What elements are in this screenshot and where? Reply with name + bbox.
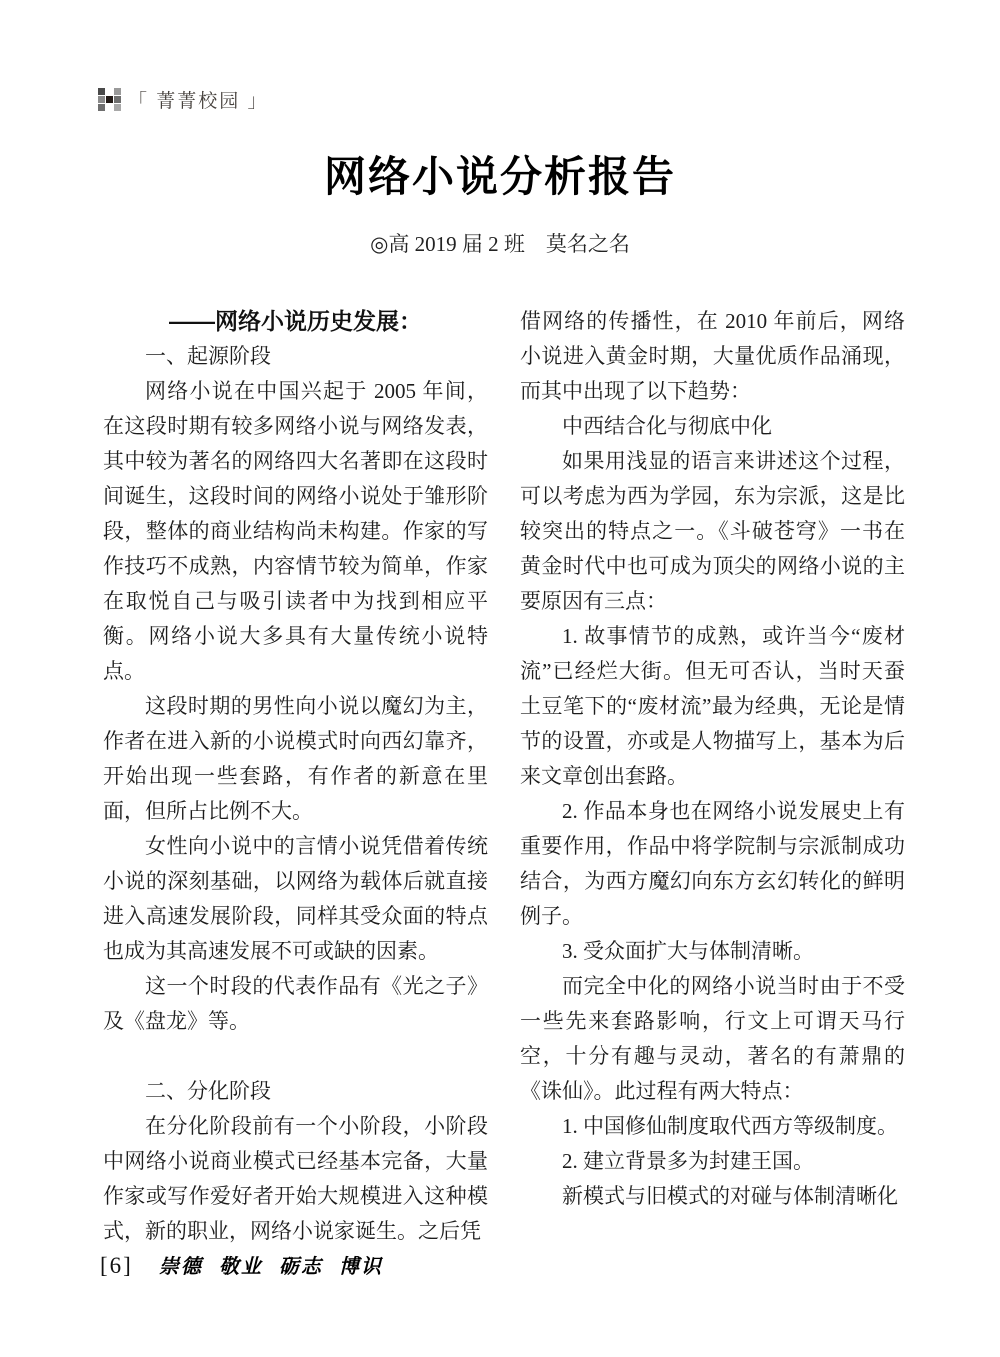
checker-logo-icon [98, 88, 121, 111]
paragraph: 女性向小说中的言情小说凭借着传统小说的深刻基础，以网络为载体后就直接进入高速发展… [103, 829, 488, 969]
subsection-2-title: 二、分化阶段 [103, 1074, 488, 1109]
school-motto: 崇德 敬业 砺志 博识 [159, 1250, 383, 1285]
list-item-2: 2. 作品本身也在网络小说发展史上有重要作用，作品中将学院制与宗派制成功结合，为… [520, 794, 905, 934]
column-left: ——网络小说历史发展： 一、起源阶段 网络小说在中国兴起于 2005 年间，在这… [103, 304, 488, 1249]
section-heading-history: ——网络小说历史发展： [103, 304, 488, 339]
paragraph: 在分化阶段前有一个小阶段，小阶段中网络小说商业模式已经基本完备，大量作家或写作爱… [103, 1109, 488, 1249]
paragraph: 网络小说在中国兴起于 2005 年间，在这段时期有较多网络小说与网络发表，其中较… [103, 374, 488, 689]
feature-item-1: 1. 中国修仙制度取代西方等级制度。 [520, 1109, 905, 1144]
paragraph: 这段时期的男性向小说以魔幻为主，作者在进入新的小说模式时向西幻靠齐，开始出现一些… [103, 689, 488, 829]
paragraph-continuation: 借网络的传播性，在 2010 年前后，网络小说进入黄金时期，大量优质作品涌现，而… [520, 304, 905, 409]
section-badge-label: 「 菁菁校园 」 [128, 86, 269, 113]
article-byline: ◎高 2019 届 2 班 莫名之名 [0, 227, 1000, 262]
paragraph: 如果用浅显的语言来讲述这个过程，可以考虑为西为学园，东为宗派，这是比较突出的特点… [520, 444, 905, 619]
trend-title: 中西结合化与彻底中化 [520, 409, 905, 444]
page: { "header": { "icon": "checker-logo-icon… [0, 0, 1000, 1357]
list-item-3: 3. 受众面扩大与体制清晰。 [520, 934, 905, 969]
article-body: ——网络小说历史发展： 一、起源阶段 网络小说在中国兴起于 2005 年间，在这… [103, 304, 905, 1249]
article-title: 网络小说分析报告 [0, 153, 1000, 203]
magazine-section-badge: 「 菁菁校园 」 [98, 86, 269, 113]
paragraph: 而完全中化的网络小说当时由于不受一些先来套路影响，行文上可谓天马行空，十分有趣与… [520, 969, 905, 1109]
feature-item-2: 2. 建立背景多为封建王国。 [520, 1144, 905, 1179]
list-item-1: 1. 故事情节的成熟，或许当今“废材流”已经烂大街。但无可否认，当时天蚕土豆笔下… [520, 619, 905, 794]
paragraph: 新模式与旧模式的对碰与体制清晰化 [520, 1179, 905, 1214]
column-right: 借网络的传播性，在 2010 年前后，网络小说进入黄金时期，大量优质作品涌现，而… [520, 304, 905, 1249]
subsection-1-title: 一、起源阶段 [103, 339, 488, 374]
page-footer: [6] 崇德 敬业 砺志 博识 [100, 1248, 383, 1285]
paragraph: 这一个时段的代表作品有《光之子》及《盘龙》等。 [103, 969, 488, 1039]
page-number: [6] [100, 1248, 133, 1283]
